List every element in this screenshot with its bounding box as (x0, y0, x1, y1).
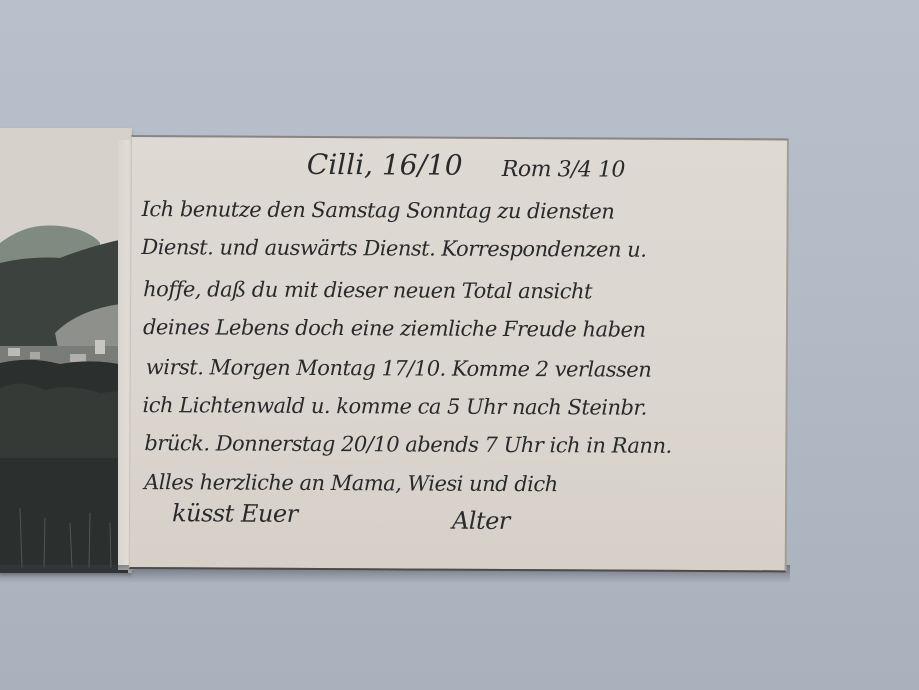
letter-line: Dienst. und auswärts Dienst. Korresponde… (141, 235, 646, 262)
letter-date-note: Rom 3/4 10 (502, 157, 625, 183)
landscape-photo-panel (0, 128, 132, 573)
letter-closing: küsst Euer (172, 499, 298, 528)
letter-line: Ich benutze den Samstag Sonntag zu diens… (142, 197, 615, 223)
letter-line: brück. Donnerstag 20/10 abends 7 Uhr ich… (144, 431, 671, 458)
handwritten-letter-card: Cilli, 16/10 Rom 3/4 10 Ich benutze den … (129, 135, 789, 572)
letter-line: wirst. Morgen Montag 17/10. Komme 2 verl… (146, 355, 652, 382)
letter-line: Alles herzliche an Mama, Wiesi und dich (144, 470, 558, 496)
letter-line: deines Lebens doch eine ziemliche Freude… (143, 315, 646, 342)
letter-place-date: Cilli, 16/10 (307, 148, 463, 182)
letter-line: ich Lichtenwald u. komme ca 5 Uhr nach S… (143, 393, 647, 420)
photo-scene: Cilli, 16/10 Rom 3/4 10 Ich benutze den … (0, 0, 919, 690)
letter-line: hoffe, daß du mit dieser neuen Total ans… (143, 277, 592, 303)
letter-signature: Alter (452, 507, 510, 535)
landscape-photo (0, 128, 128, 573)
